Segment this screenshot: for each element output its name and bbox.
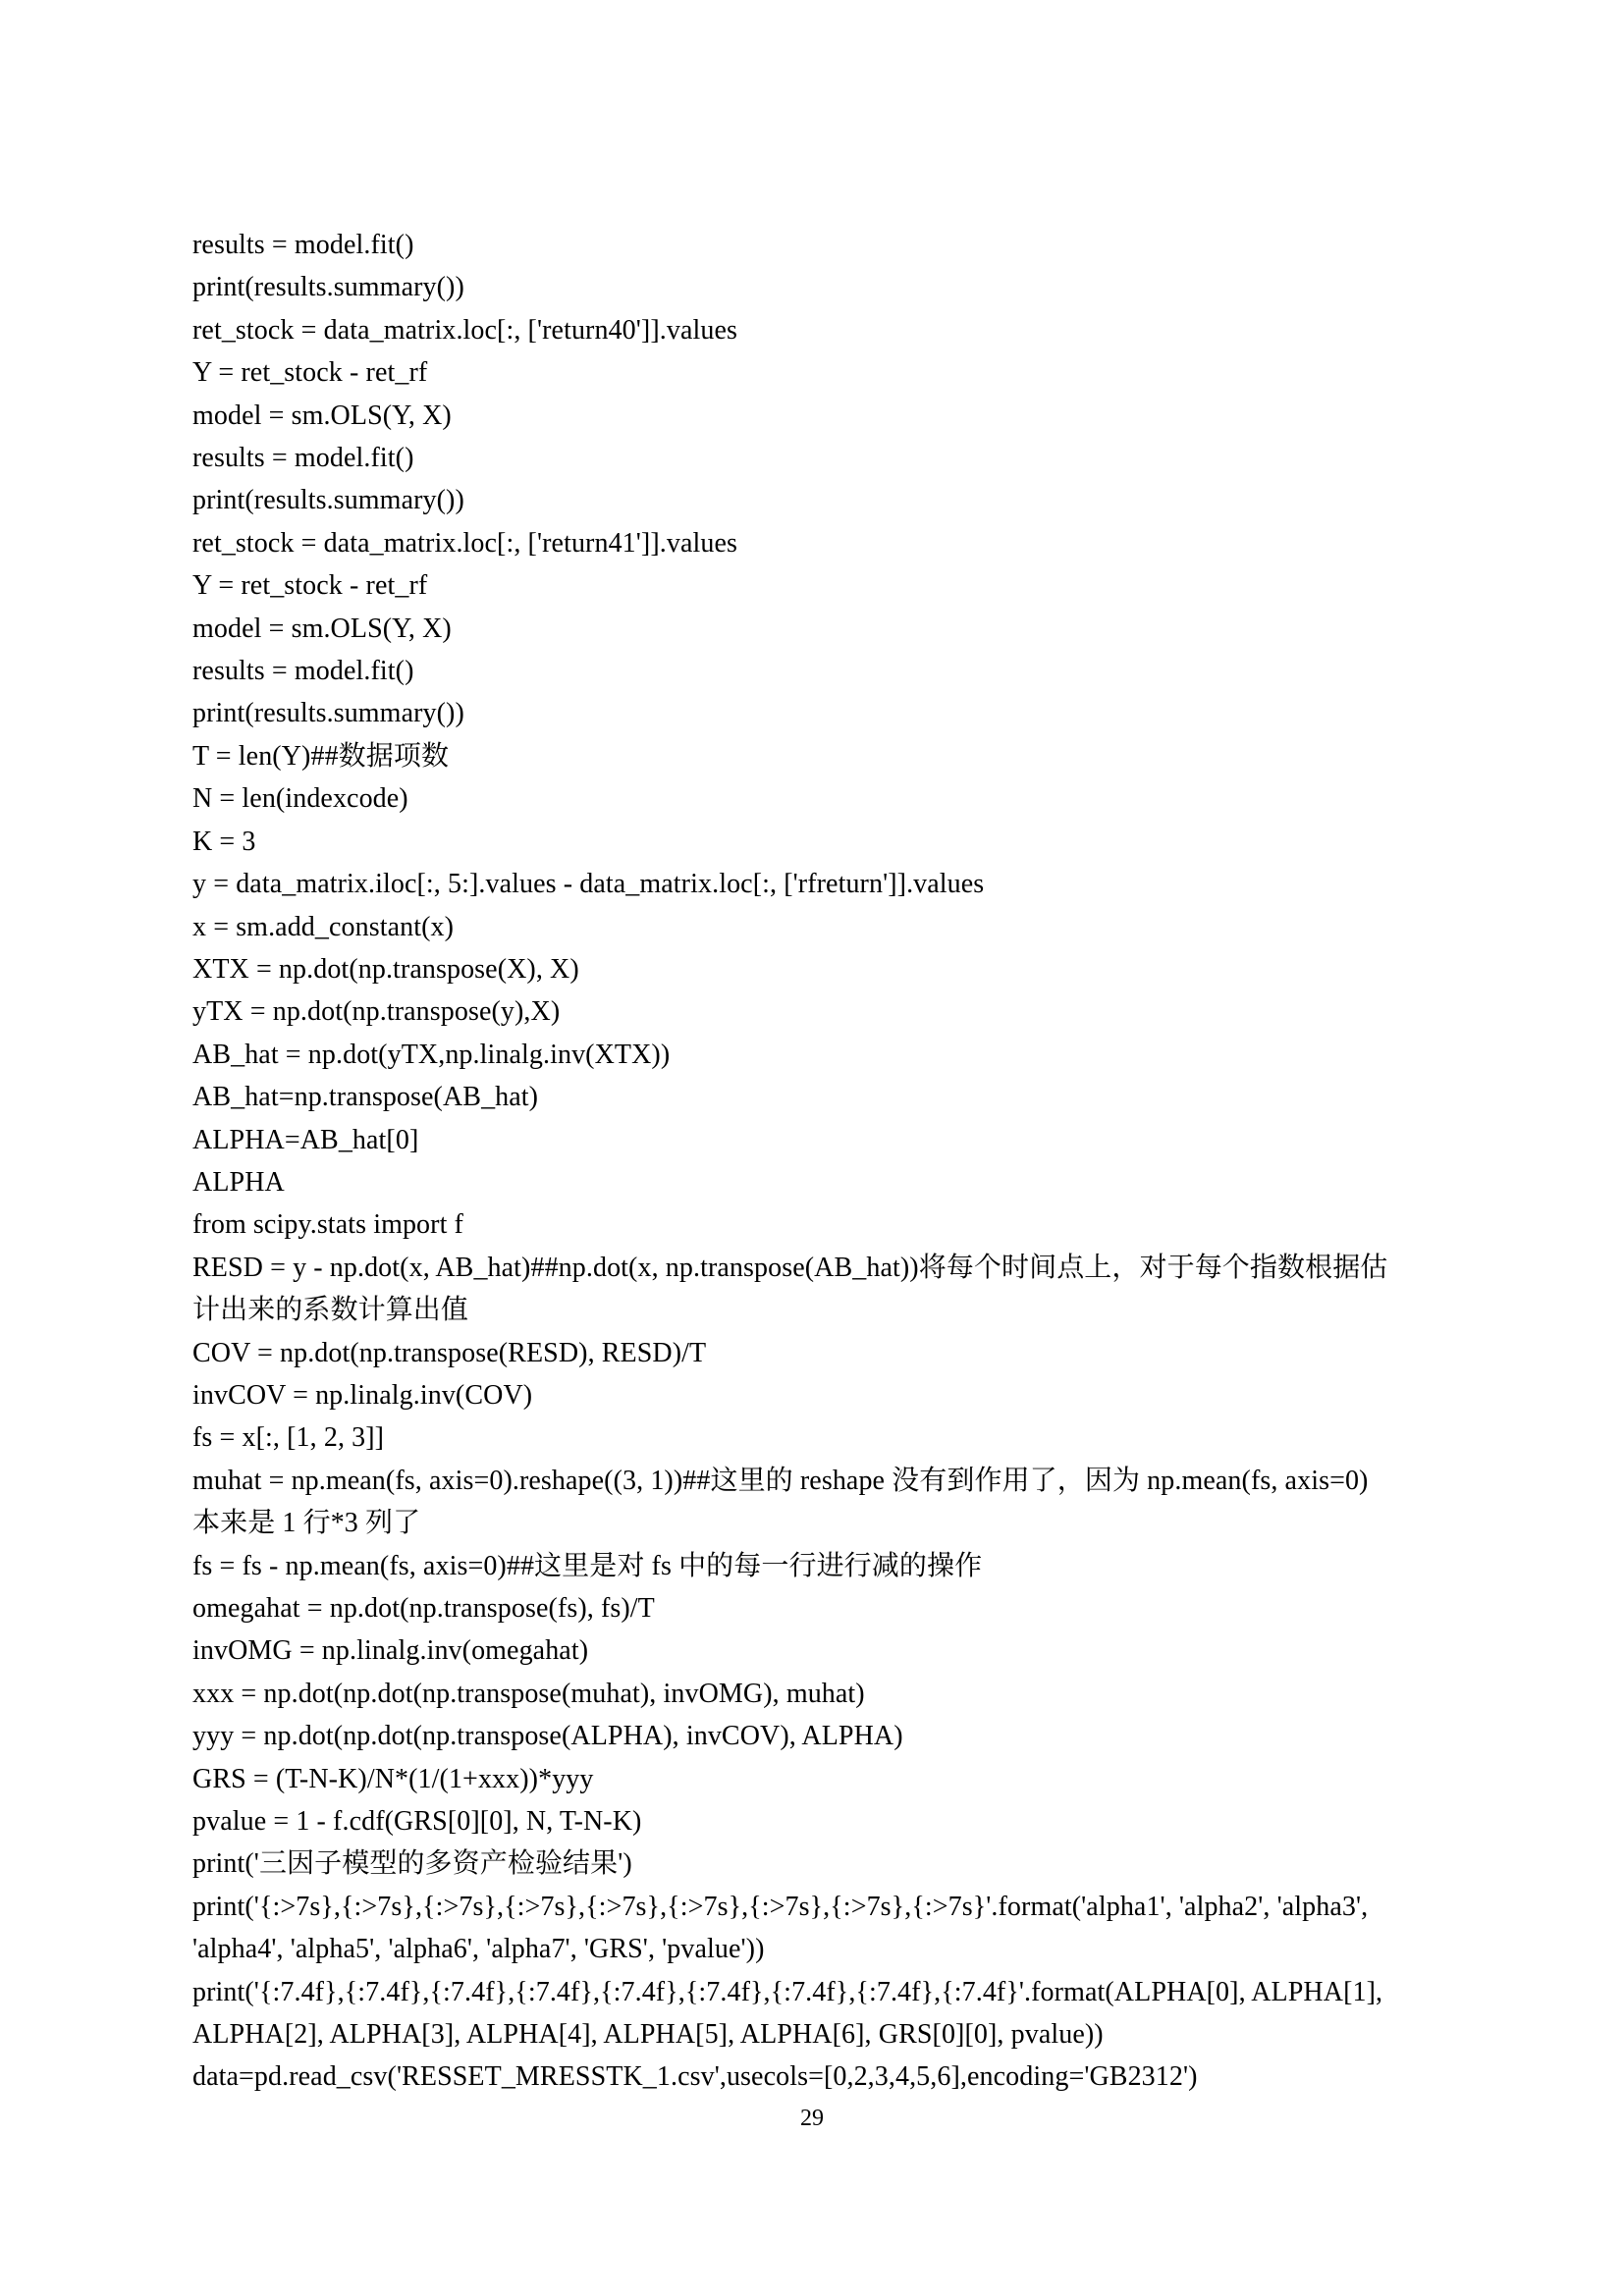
document-page: results = model.fit()print(results.summa… [0,0,1624,2296]
code-line: invOMG = np.linalg.inv(omegahat) [192,1629,1434,1672]
code-line: print(results.summary()) [192,266,1434,308]
code-line: fs = x[:, [1, 2, 3]] [192,1416,1434,1459]
code-line: print('{:7.4f},{:7.4f},{:7.4f},{:7.4f},{… [192,1971,1434,2013]
code-line: AB_hat=np.transpose(AB_hat) [192,1076,1434,1118]
code-line: yyy = np.dot(np.dot(np.transpose(ALPHA),… [192,1715,1434,1757]
code-line: results = model.fit() [192,437,1434,479]
code-line: muhat = np.mean(fs, axis=0).reshape((3, … [192,1460,1434,1502]
code-line: T = len(Y)##数据项数 [192,735,1434,777]
code-line: GRS = (T-N-K)/N*(1/(1+xxx))*yyy [192,1758,1434,1800]
code-line: Y = ret_stock - ret_rf [192,351,1434,394]
code-line: XTX = np.dot(np.transpose(X), X) [192,948,1434,990]
code-line: omegahat = np.dot(np.transpose(fs), fs)/… [192,1587,1434,1629]
code-line: Y = ret_stock - ret_rf [192,564,1434,607]
code-line: print('三因子模型的多资产检验结果') [192,1842,1434,1885]
code-line: K = 3 [192,821,1434,863]
code-line: y = data_matrix.iloc[:, 5:].values - dat… [192,863,1434,905]
code-line: model = sm.OLS(Y, X) [192,395,1434,437]
code-line: 计出来的系数计算出值 [192,1289,1434,1331]
code-line: COV = np.dot(np.transpose(RESD), RESD)/T [192,1332,1434,1374]
code-line: RESD = y - np.dot(x, AB_hat)##np.dot(x, … [192,1247,1434,1289]
code-line: ALPHA[2], ALPHA[3], ALPHA[4], ALPHA[5], … [192,2013,1434,2056]
code-line: ALPHA [192,1161,1434,1203]
code-line: 本来是 1 行*3 列了 [192,1502,1434,1544]
code-line: N = len(indexcode) [192,777,1434,820]
code-line: pvalue = 1 - f.cdf(GRS[0][0], N, T-N-K) [192,1800,1434,1842]
code-line: xxx = np.dot(np.dot(np.transpose(muhat),… [192,1673,1434,1715]
code-line: fs = fs - np.mean(fs, axis=0)##这里是对 fs 中… [192,1545,1434,1587]
code-line: model = sm.OLS(Y, X) [192,608,1434,650]
code-line: ret_stock = data_matrix.loc[:, ['return4… [192,309,1434,351]
page-number: 29 [0,2104,1624,2133]
code-line: data=pd.read_csv('RESSET_MRESSTK_1.csv',… [192,2056,1434,2098]
code-line: ret_stock = data_matrix.loc[:, ['return4… [192,522,1434,564]
code-line: ALPHA=AB_hat[0] [192,1119,1434,1161]
code-line: print('{:>7s},{:>7s},{:>7s},{:>7s},{:>7s… [192,1886,1434,1928]
code-line: x = sm.add_constant(x) [192,906,1434,948]
code-text-block: results = model.fit()print(results.summa… [192,224,1434,2099]
code-line: results = model.fit() [192,224,1434,266]
code-line: results = model.fit() [192,650,1434,692]
code-line: print(results.summary()) [192,479,1434,521]
code-line: print(results.summary()) [192,692,1434,734]
code-line: from scipy.stats import f [192,1203,1434,1246]
code-line: AB_hat = np.dot(yTX,np.linalg.inv(XTX)) [192,1034,1434,1076]
code-line: yTX = np.dot(np.transpose(y),X) [192,990,1434,1033]
code-line: 'alpha4', 'alpha5', 'alpha6', 'alpha7', … [192,1928,1434,1970]
code-line: invCOV = np.linalg.inv(COV) [192,1374,1434,1416]
